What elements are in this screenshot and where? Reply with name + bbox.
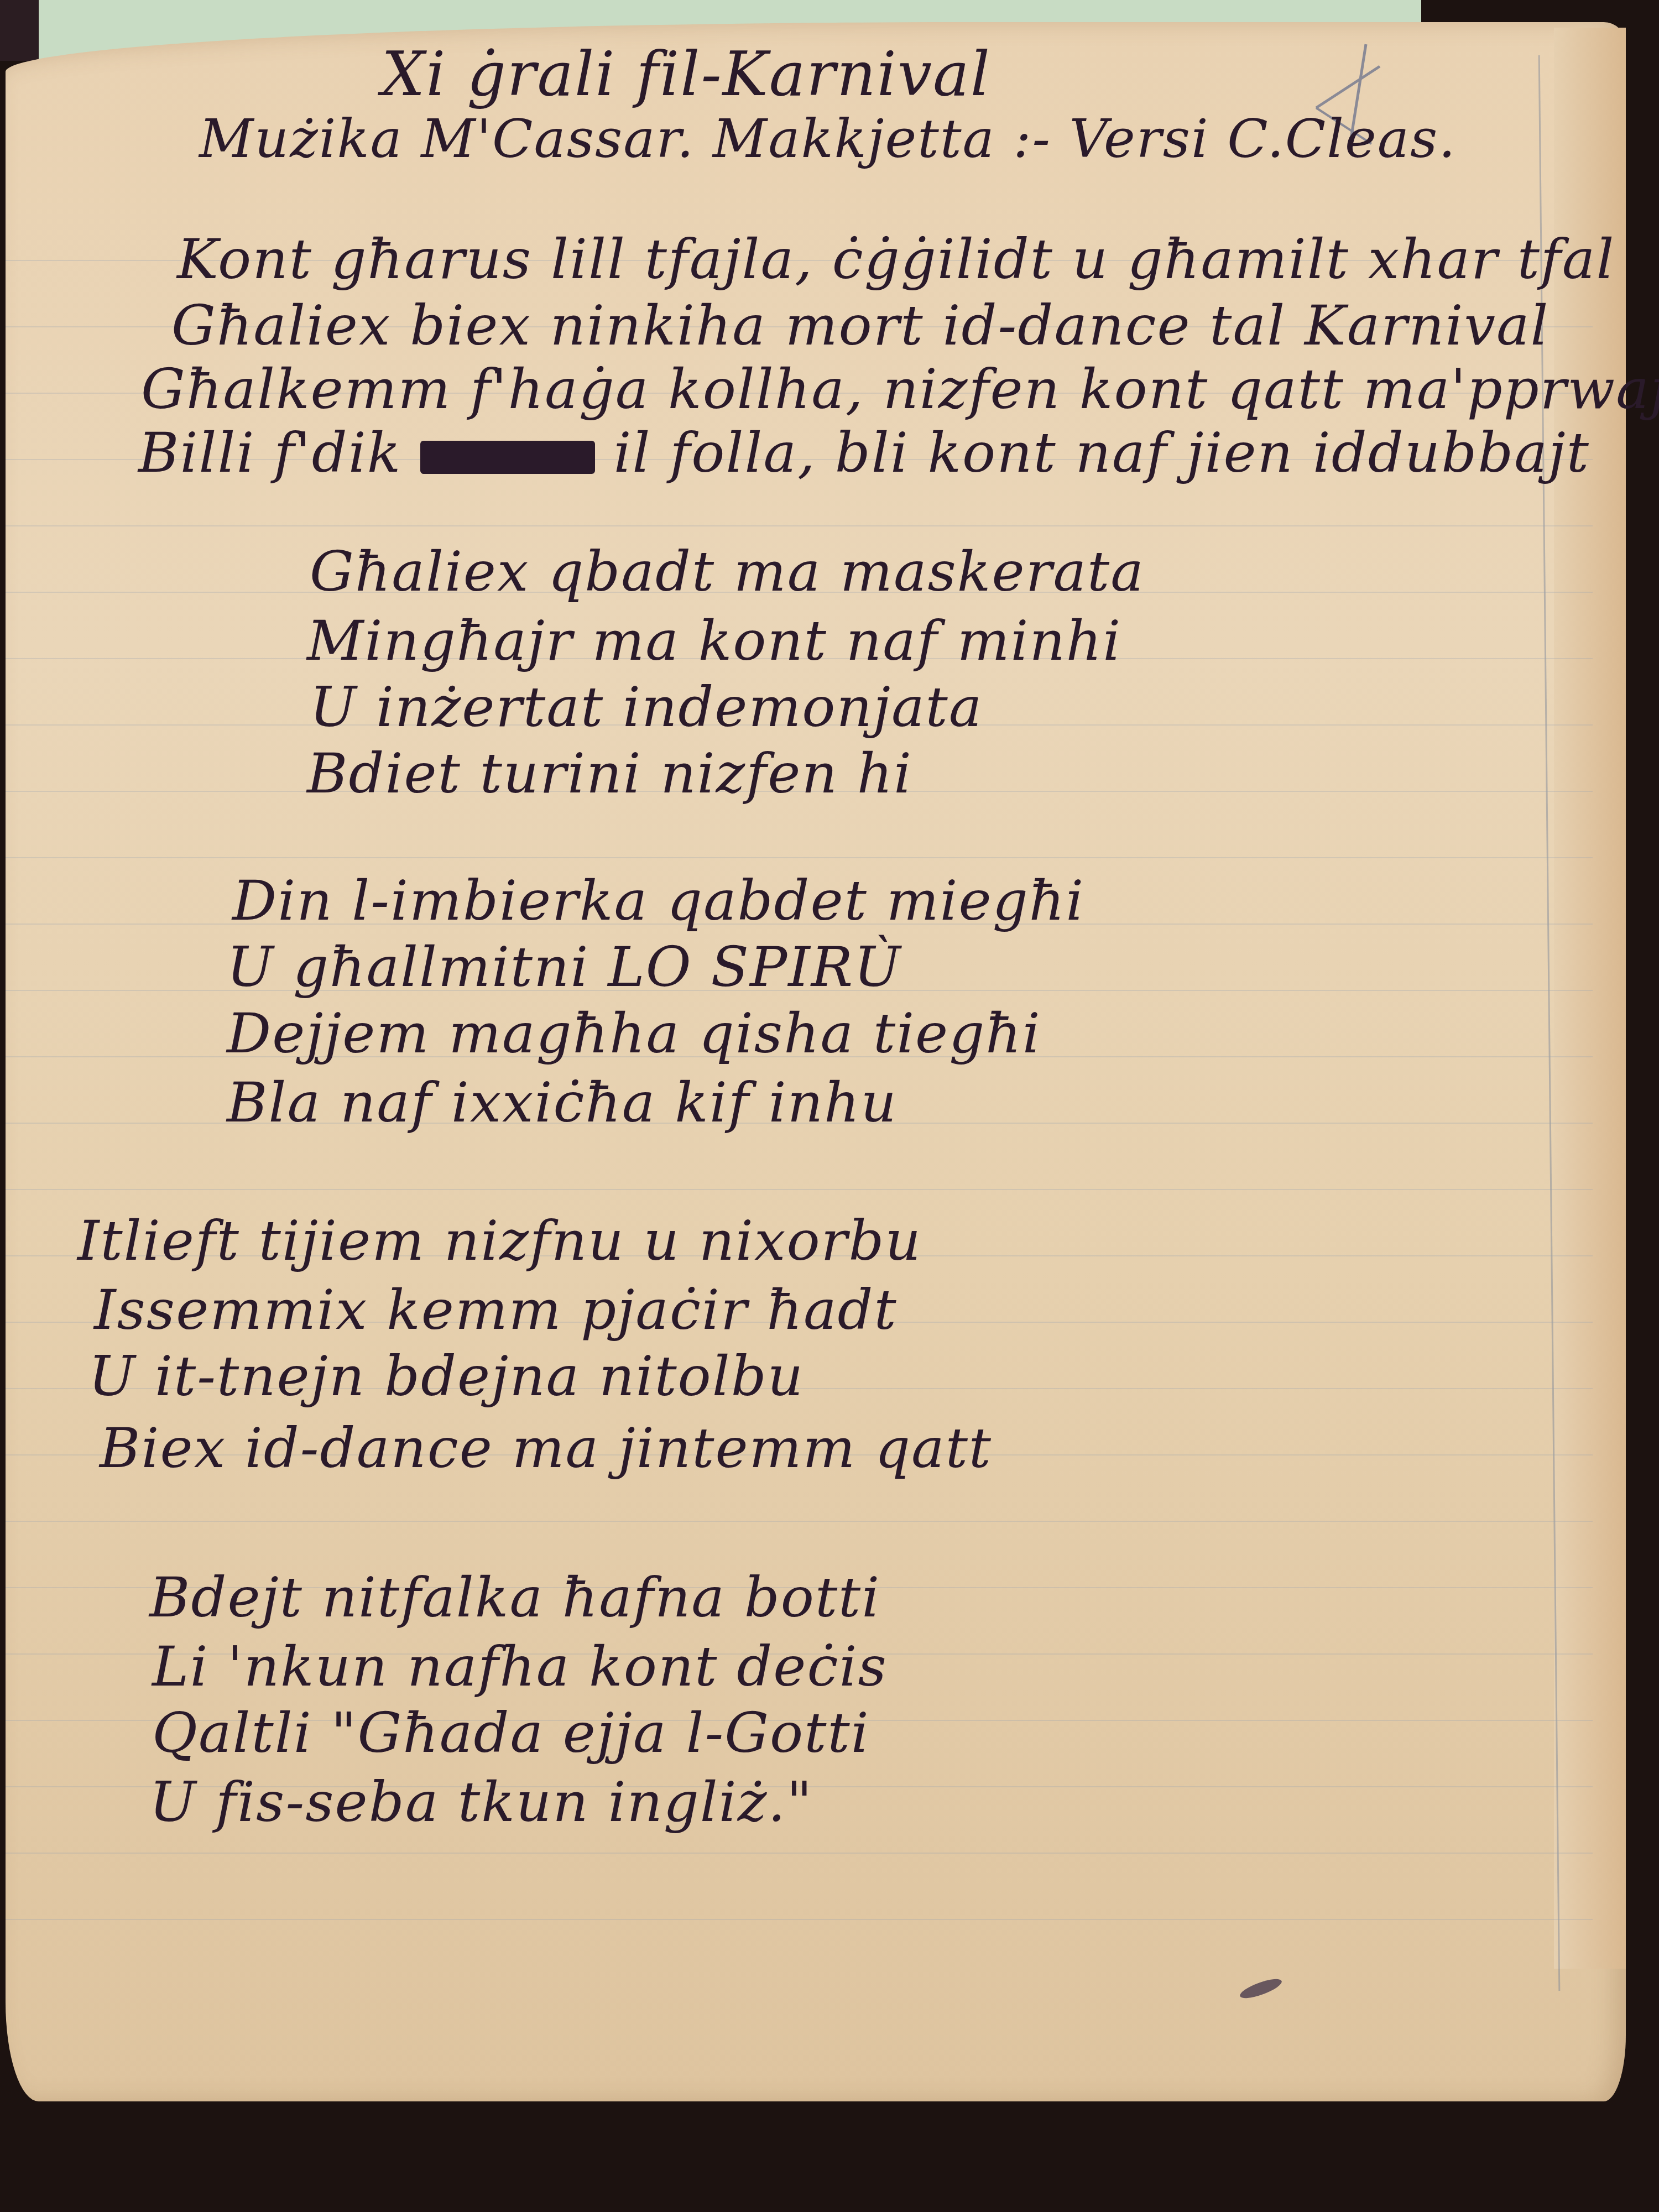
verse-line: Itlieft tijiem nizfnu u nixorbu xyxy=(77,1208,922,1273)
verse-line: Din l-imbierka qabdet miegħi xyxy=(232,868,1084,933)
verse-line: U it-tnejn bdejna nitolbu xyxy=(88,1344,804,1408)
verse-line: U fis-seba tkun ingliż." xyxy=(149,1770,813,1834)
ruled-line xyxy=(6,525,1593,526)
dark-corner xyxy=(0,0,39,61)
ruled-line xyxy=(6,1853,1593,1854)
verse-line: Bdiet turini nizfen hi xyxy=(307,741,912,806)
verse-line: Dejjem magħha qisha tiegħi xyxy=(227,1001,1041,1066)
verse-text: il folla, bli kont naf jien iddubbajt xyxy=(595,420,1590,485)
verse-line: U inżertat indemonjata xyxy=(310,675,983,739)
verse-line: Kont għarus lill tfajla, ċġġilidt u għam… xyxy=(177,227,1615,291)
ruled-line xyxy=(6,1919,1593,1920)
verse-line: Issemmix kemm pjaċir ħadt xyxy=(94,1277,898,1342)
page-edge xyxy=(1554,28,1626,1969)
verse-line: Bdejt nitfalka ħafna botti xyxy=(149,1565,880,1630)
verse-line: Mingħajr ma kont naf minhi xyxy=(307,608,1121,673)
ruled-line xyxy=(6,1521,1593,1522)
verse-line: Qaltli "Għada ejja l-Gotti xyxy=(152,1700,870,1765)
ruled-line xyxy=(6,1189,1593,1190)
verse-line: Għaliex biex ninkiha mort id-dance tal K… xyxy=(171,293,1550,358)
struck-word: ████ xyxy=(420,441,595,474)
verse-line: Għaliex qbadt ma maskerata xyxy=(310,539,1145,604)
verse-line: Li 'nkun nafha kont deċis xyxy=(152,1634,888,1699)
song-title: Xi ġrali fil-Karnival xyxy=(382,39,991,109)
verse-text: Billi f'dik xyxy=(138,420,420,485)
verse-line: Għalkemm f'haġa kollha, nizfen kont qatt… xyxy=(141,357,1659,421)
verse-line: Biex id-dance ma jintemm qatt xyxy=(100,1416,992,1480)
verse-line: Billi f'dik ████ il folla, bli kont naf … xyxy=(138,420,1590,485)
song-credits: Mużika M'Cassar. Makkjetta :- Versi C.Cl… xyxy=(199,108,1457,170)
verse-line: Bla naf ixxiċħa kif inhu xyxy=(227,1070,898,1135)
ruled-line xyxy=(6,857,1593,858)
verse-line: U għallmitni LO SPIRÙ xyxy=(227,935,901,999)
